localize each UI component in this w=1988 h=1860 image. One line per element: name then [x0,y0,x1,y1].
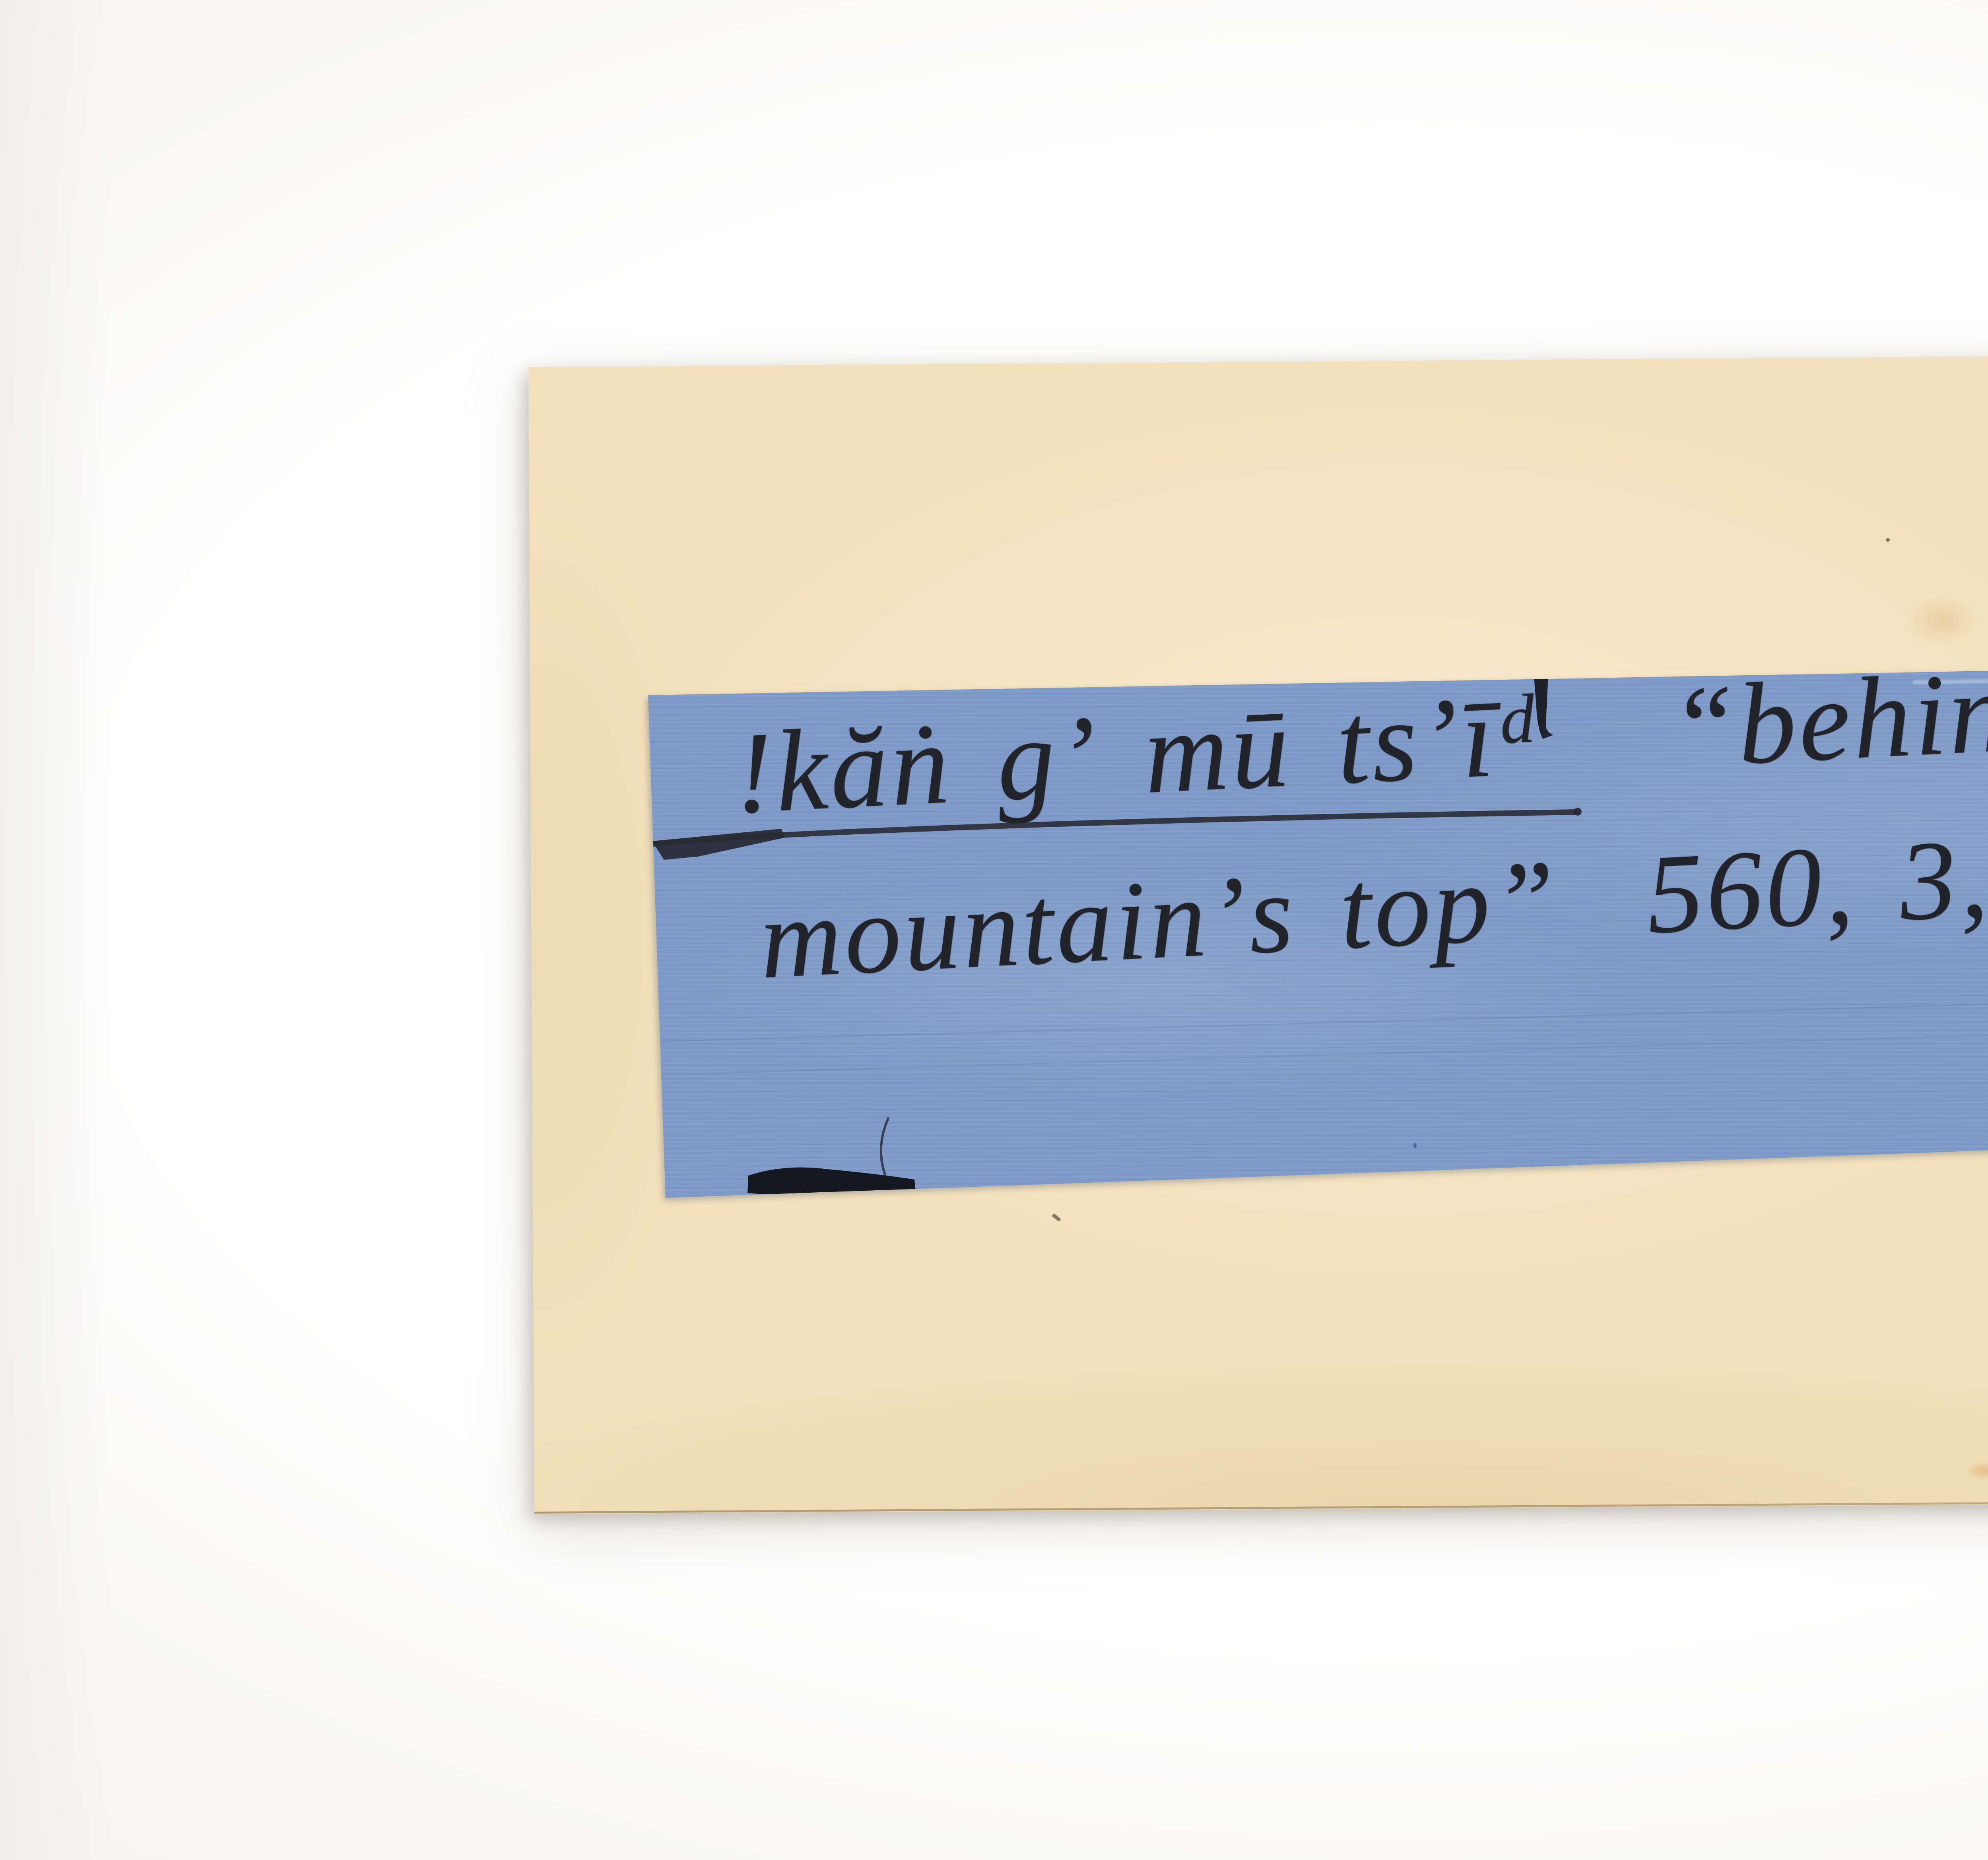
slip-shadow: ǃkăṅ gʼ mū tsʼīᵈ “behind the mountainʼs … [648,660,1988,1201]
stain-brown-blotch [1905,595,1980,646]
ink-blot [747,1168,916,1197]
ink-tick-below-slip [1052,1213,1061,1222]
top-edge-ink-stroke [1534,675,1553,739]
stray-pen-stroke [881,1118,888,1175]
photo-stage: ǃkăṅ gʼ mū tsʼīᵈ “behind the mountainʼs … [0,0,1988,1860]
envelope-bottom-edge [534,1500,1988,1514]
blue-slip: ǃkăṅ gʼ mū tsʼīᵈ “behind the mountainʼs … [648,660,1988,1201]
stain-orange-smudge [1968,1462,1988,1480]
stain-dark-dot [1886,538,1890,542]
ink-marks [648,660,1988,1201]
underline-flourish [652,808,1582,860]
